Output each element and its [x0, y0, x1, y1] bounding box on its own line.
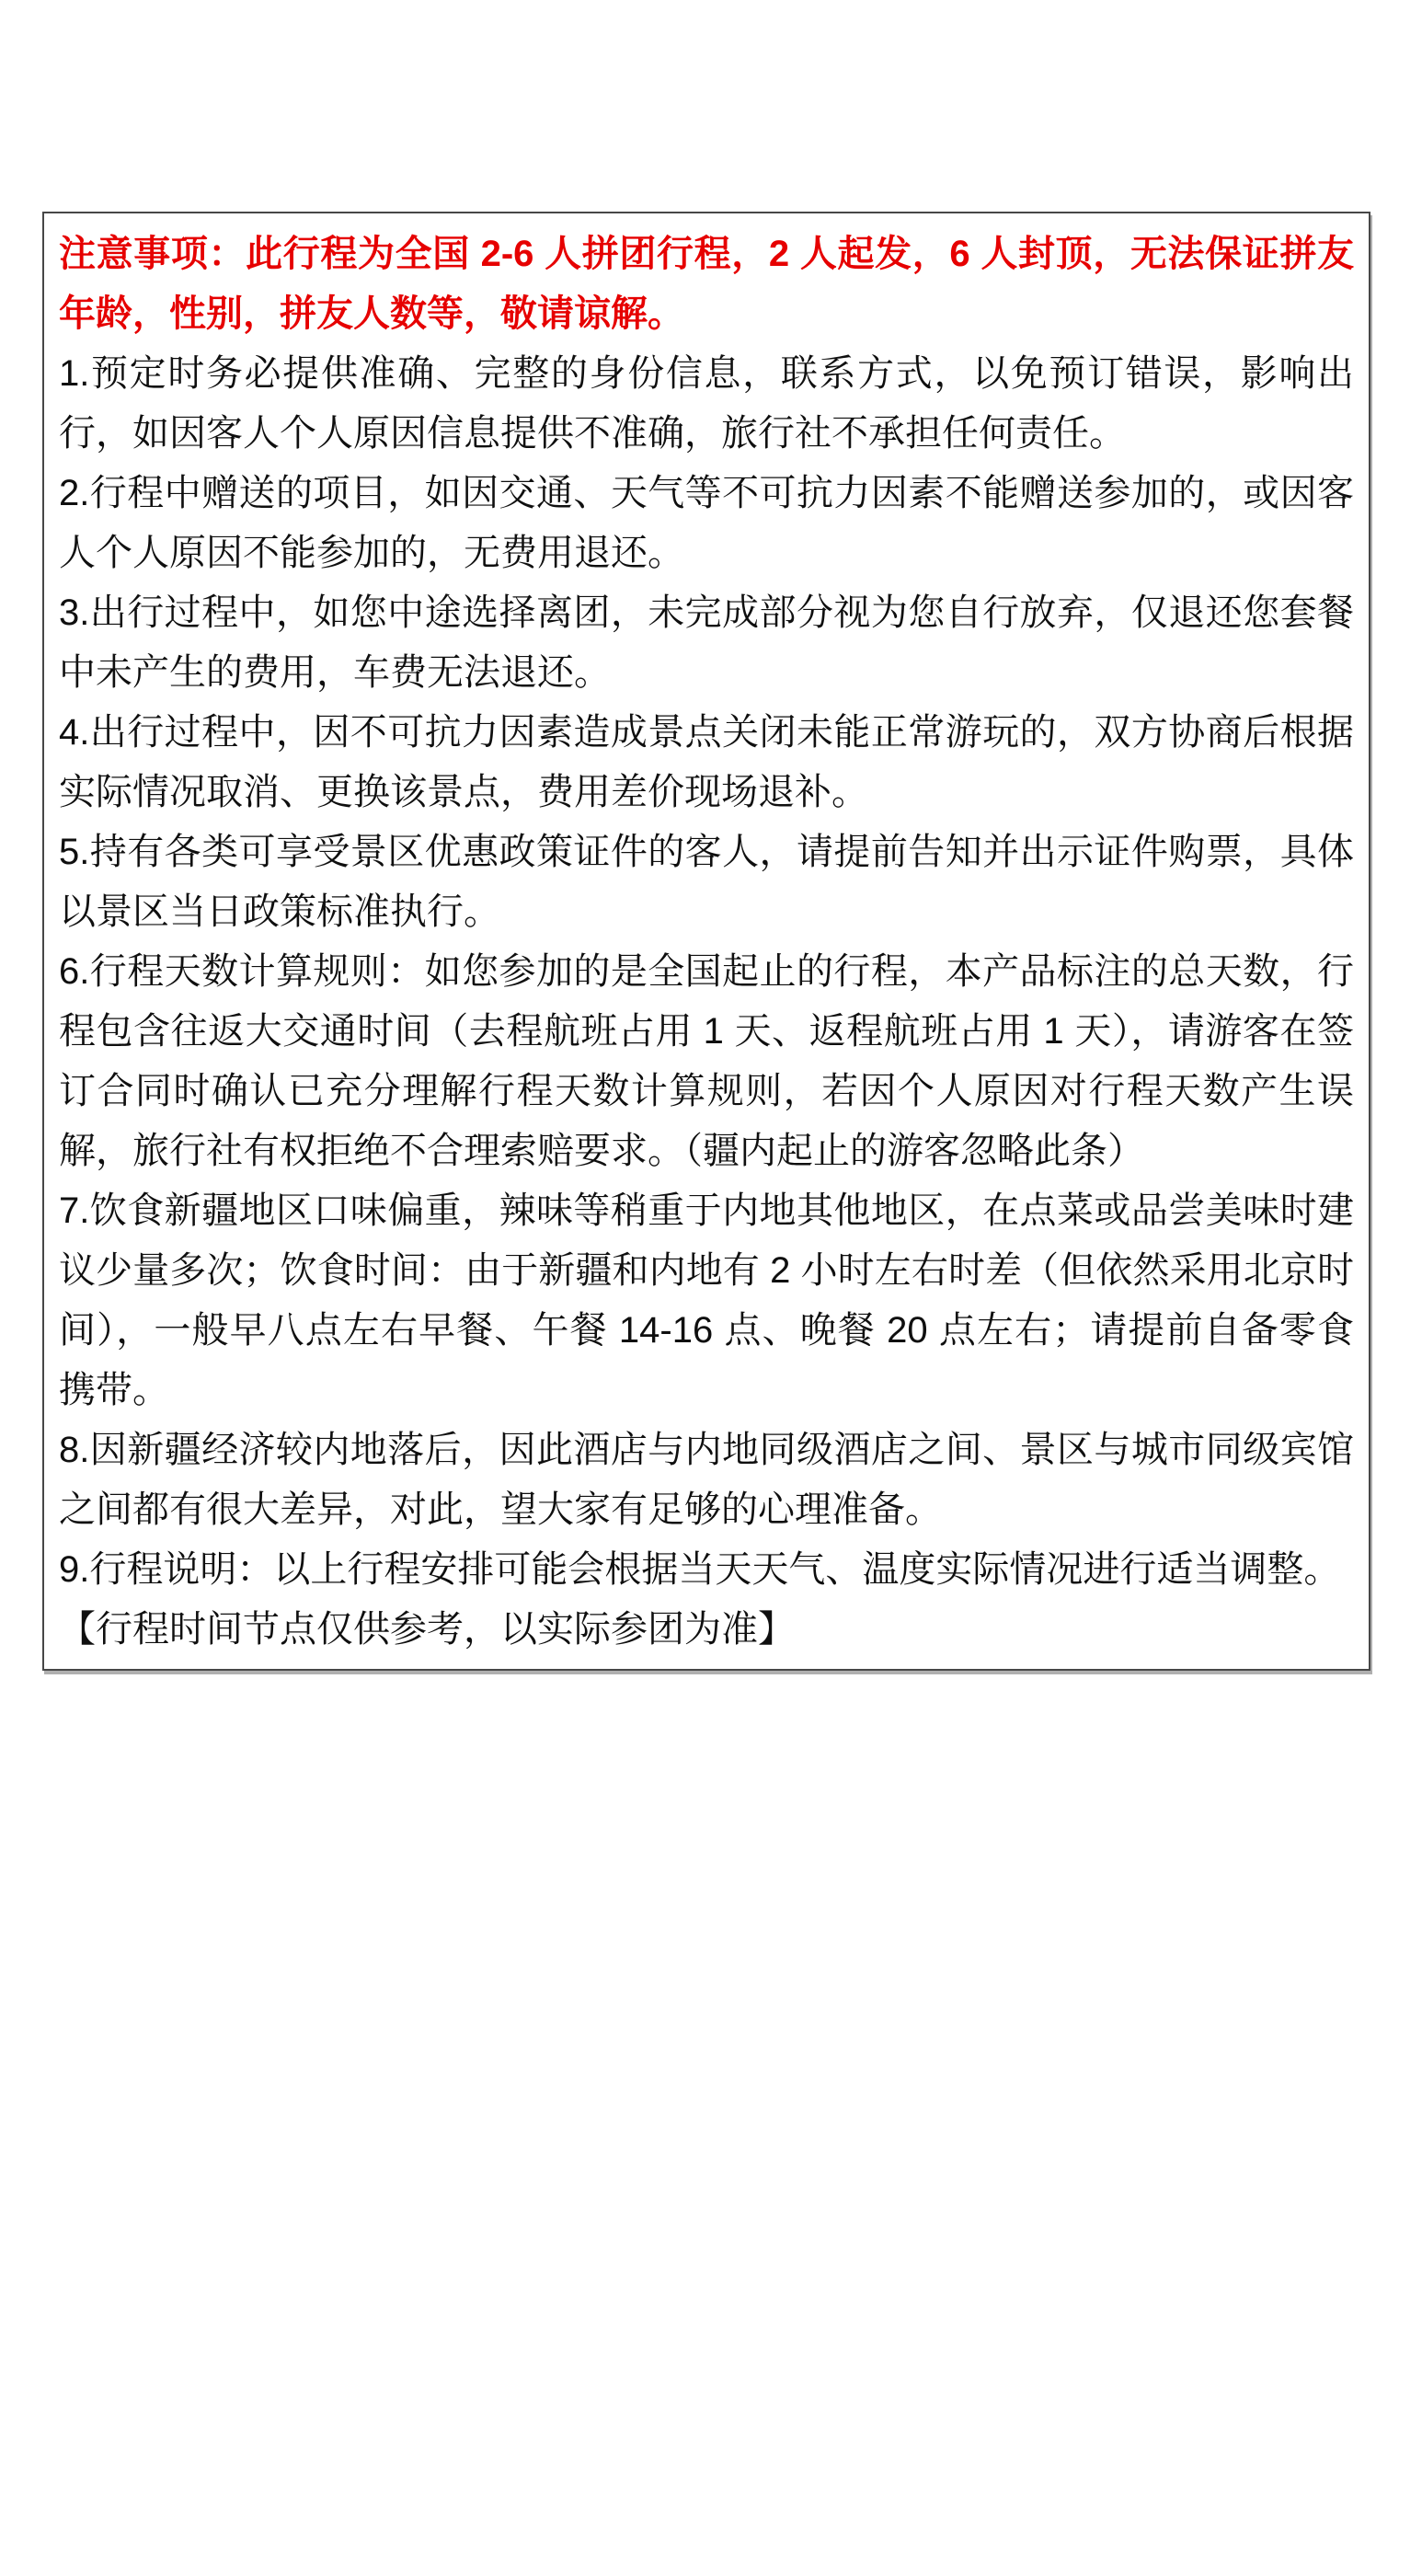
notice-footer: 【行程时间节点仅供参考，以实际参团为准】 — [59, 1600, 1354, 1660]
notice-item-5: 5.持有各类可享受景区优惠政策证件的客人，请提前告知并出示证件购票，具体以景区当… — [59, 822, 1354, 942]
notice-item-7: 7.饮食新疆地区口味偏重，辣味等稍重于内地其他地区，在点菜或品尝美味时建议少量多… — [59, 1181, 1354, 1420]
notice-item-9: 9.行程说明：以上行程安排可能会根据当天天气、温度实际情况进行适当调整。 — [59, 1540, 1354, 1600]
page: 注意事项：此行程为全国 2-6 人拼团行程，2 人起发，6 人封顶，无法保证拼友… — [0, 0, 1422, 2576]
notice-item-1: 1.预定时务必提供准确、完整的身份信息，联系方式，以免预订错误，影响出行，如因客… — [59, 344, 1354, 464]
notice-item-2: 2.行程中赠送的项目，如因交通、天气等不可抗力因素不能赠送参加的，或因客人个人原… — [59, 464, 1354, 583]
notice-item-4: 4.出行过程中，因不可抗力因素造成景点关闭未能正常游玩的，双方协商后根据实际情况… — [59, 703, 1354, 822]
notice-item-3: 3.出行过程中，如您中途选择离团，未完成部分视为您自行放弃，仅退还您套餐中未产生… — [59, 583, 1354, 703]
notice-heading: 注意事项：此行程为全国 2-6 人拼团行程，2 人起发，6 人封顶，无法保证拼友… — [59, 224, 1354, 344]
notice-box: 注意事项：此行程为全国 2-6 人拼团行程，2 人起发，6 人封顶，无法保证拼友… — [42, 212, 1370, 1671]
notice-item-8: 8.因新疆经济较内地落后，因此酒店与内地同级酒店之间、景区与城市同级宾馆之间都有… — [59, 1420, 1354, 1540]
notice-item-6: 6.行程天数计算规则：如您参加的是全国起止的行程，本产品标注的总天数，行程包含往… — [59, 942, 1354, 1181]
